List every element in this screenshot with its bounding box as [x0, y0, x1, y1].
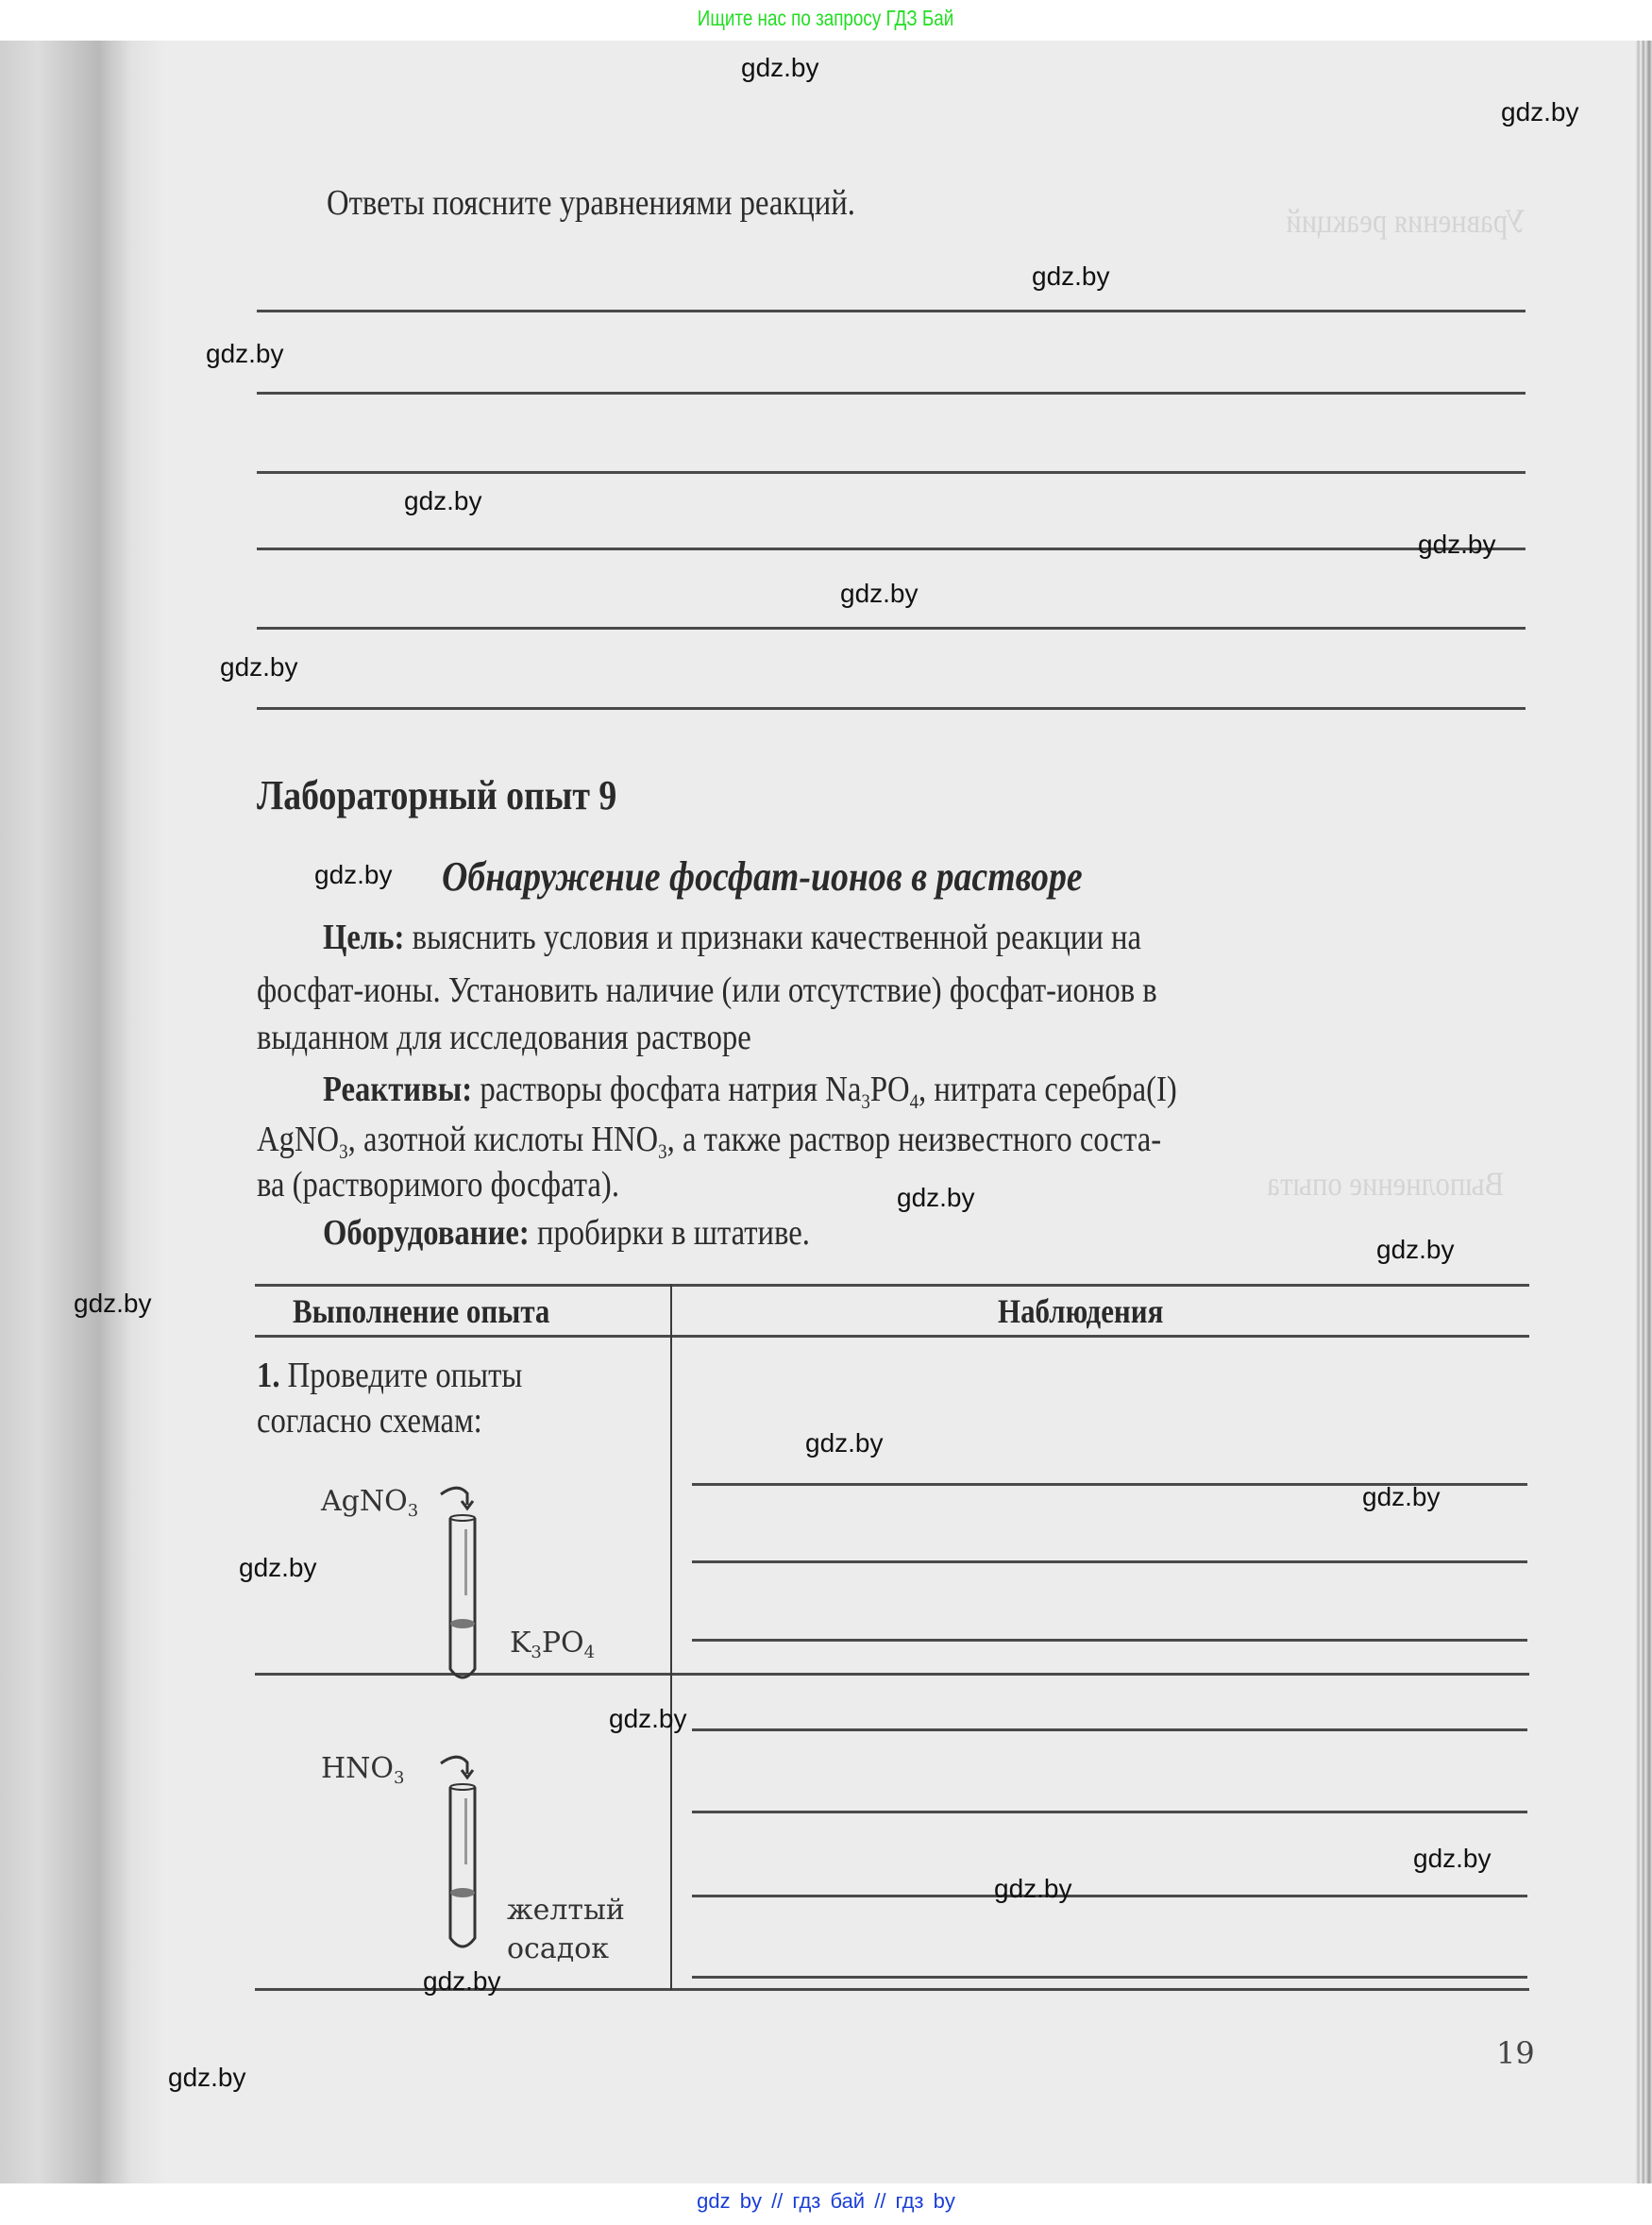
step-number: 1.	[257, 1356, 280, 1395]
goal-line-2: фосфат-ионы. Установить наличие (или отс…	[257, 969, 1157, 1011]
answer-line[interactable]	[257, 392, 1526, 395]
subscript: 3	[658, 1139, 666, 1163]
banner-text[interactable]: Ищите нас по запросу ГДЗ Бай	[698, 6, 953, 31]
goal-line-1: Цель: выяснить условия и признаки качест…	[323, 917, 1141, 958]
subscript: 3	[861, 1089, 869, 1113]
watermark: gdz.by	[1418, 530, 1496, 560]
page-edge	[1636, 41, 1652, 2183]
footer-bar: gdz by // гдз бай // гдз by	[0, 2183, 1652, 2225]
watermark: gdz.by	[314, 860, 393, 890]
result-label-line-1: желтый	[507, 1894, 625, 1927]
goal-line-3: выданном для исследования растворе	[257, 1017, 751, 1058]
watermark: gdz.by	[1376, 1235, 1455, 1265]
observation-line[interactable]	[692, 1639, 1527, 1642]
observation-line[interactable]	[692, 1728, 1527, 1731]
answer-line[interactable]	[257, 471, 1526, 474]
reagents-line-2: AgNO3, азотной кислоты HNO3, а также рас…	[257, 1119, 1161, 1160]
step-1-line-2: согласно схемам:	[257, 1400, 482, 1441]
watermark: gdz.by	[1413, 1844, 1492, 1874]
table-top-border	[255, 1284, 1529, 1287]
watermark: gdz.by	[1362, 1482, 1441, 1512]
solution-label-k3po4: K3PO4	[510, 1627, 595, 1660]
watermark: gdz.by	[74, 1289, 152, 1319]
watermark: gdz.by	[1032, 261, 1110, 292]
reagents-text: , азотной кислоты HNO	[348, 1120, 659, 1159]
answer-line[interactable]	[257, 548, 1526, 550]
test-tube-icon	[430, 1480, 496, 1697]
step-text: Проведите опыты	[288, 1356, 523, 1395]
observation-line[interactable]	[692, 1560, 1527, 1563]
watermark: gdz.by	[239, 1553, 317, 1583]
reagent-label-agno3: AgNO3	[321, 1485, 418, 1518]
answer-line[interactable]	[257, 310, 1526, 312]
answer-line[interactable]	[257, 627, 1526, 630]
subscript: 3	[408, 1501, 418, 1521]
observation-line[interactable]	[692, 1976, 1527, 1979]
formula: K	[510, 1627, 531, 1660]
top-banner: Ищите нас по запросу ГДЗ Бай	[0, 0, 1652, 41]
instruction-text: Ответы поясните уравнениями реакций.	[327, 182, 855, 224]
reagents-line-3: ва (растворимого фосфата).	[257, 1164, 619, 1205]
equipment-text: пробирки в штативе.	[537, 1213, 810, 1253]
reagents-text: , а также раствор неизвестного соста-	[667, 1120, 1161, 1159]
watermark: gdz.by	[897, 1183, 975, 1213]
table-header-observations: Наблюдения	[998, 1291, 1163, 1331]
subscript: 3	[531, 1643, 541, 1662]
book-spine-shadow	[0, 41, 165, 2183]
subscript: 3	[339, 1139, 347, 1163]
watermark: gdz.by	[609, 1704, 687, 1734]
page-number: 19	[1496, 2035, 1535, 2071]
subscript: 4	[910, 1089, 919, 1113]
observation-line[interactable]	[692, 1811, 1527, 1813]
watermark: gdz.by	[994, 1874, 1072, 1904]
lab-title: Лабораторный опыт 9	[257, 771, 616, 819]
equipment-line: Оборудование: пробирки в штативе.	[323, 1212, 810, 1254]
table-header-procedure: Выполнение опыта	[293, 1291, 549, 1331]
step-1-line-1: 1. Проведите опыты	[257, 1355, 522, 1396]
watermark: gdz.by	[1501, 97, 1579, 127]
watermark: gdz.by	[404, 486, 482, 516]
test-tube-icon	[430, 1749, 496, 1966]
reagents-label: Реактивы:	[323, 1070, 472, 1109]
watermark: gdz.by	[220, 652, 298, 683]
goal-label: Цель:	[323, 918, 404, 957]
watermark: gdz.by	[840, 579, 919, 609]
bleed-through-text: Выполнение опыта	[1267, 1164, 1504, 1204]
reagents-text: AgNO	[257, 1120, 339, 1159]
lab-subtitle: Обнаружение фосфат-ионов в растворе	[442, 852, 1083, 901]
watermark: gdz.by	[741, 53, 819, 83]
observation-line[interactable]	[692, 1895, 1527, 1897]
formula: PO	[542, 1627, 584, 1660]
answer-line[interactable]	[257, 707, 1526, 710]
scanned-page: Уравнения реакций Выполнение опыта Ответ…	[0, 41, 1652, 2183]
formula: HNO	[321, 1752, 394, 1785]
footer-links[interactable]: gdz by // гдз бай // гдз by	[697, 2189, 955, 2214]
equipment-label: Оборудование:	[323, 1213, 530, 1253]
reagents-text: PO	[870, 1070, 910, 1109]
result-label-line-2: осадок	[507, 1932, 609, 1965]
reagents-text: , нитрата серебра(I)	[919, 1070, 1177, 1109]
watermark: gdz.by	[168, 2063, 246, 2093]
table-column-divider	[670, 1284, 672, 1990]
bleed-through-text: Уравнения реакций	[1286, 201, 1526, 241]
formula: AgNO	[321, 1485, 408, 1518]
watermark: gdz.by	[423, 1966, 501, 1997]
reagents-line-1: Реактивы: растворы фосфата натрия Na3PO4…	[323, 1069, 1177, 1110]
reagent-label-hno3: HNO3	[321, 1752, 404, 1785]
table-header-border	[255, 1335, 1529, 1338]
subscript: 3	[394, 1768, 404, 1788]
watermark: gdz.by	[206, 339, 284, 369]
subscript: 4	[584, 1643, 595, 1662]
watermark: gdz.by	[805, 1428, 884, 1458]
reagents-text: растворы фосфата натрия Na	[480, 1070, 861, 1109]
goal-text: выяснить условия и признаки качественной…	[413, 918, 1141, 957]
